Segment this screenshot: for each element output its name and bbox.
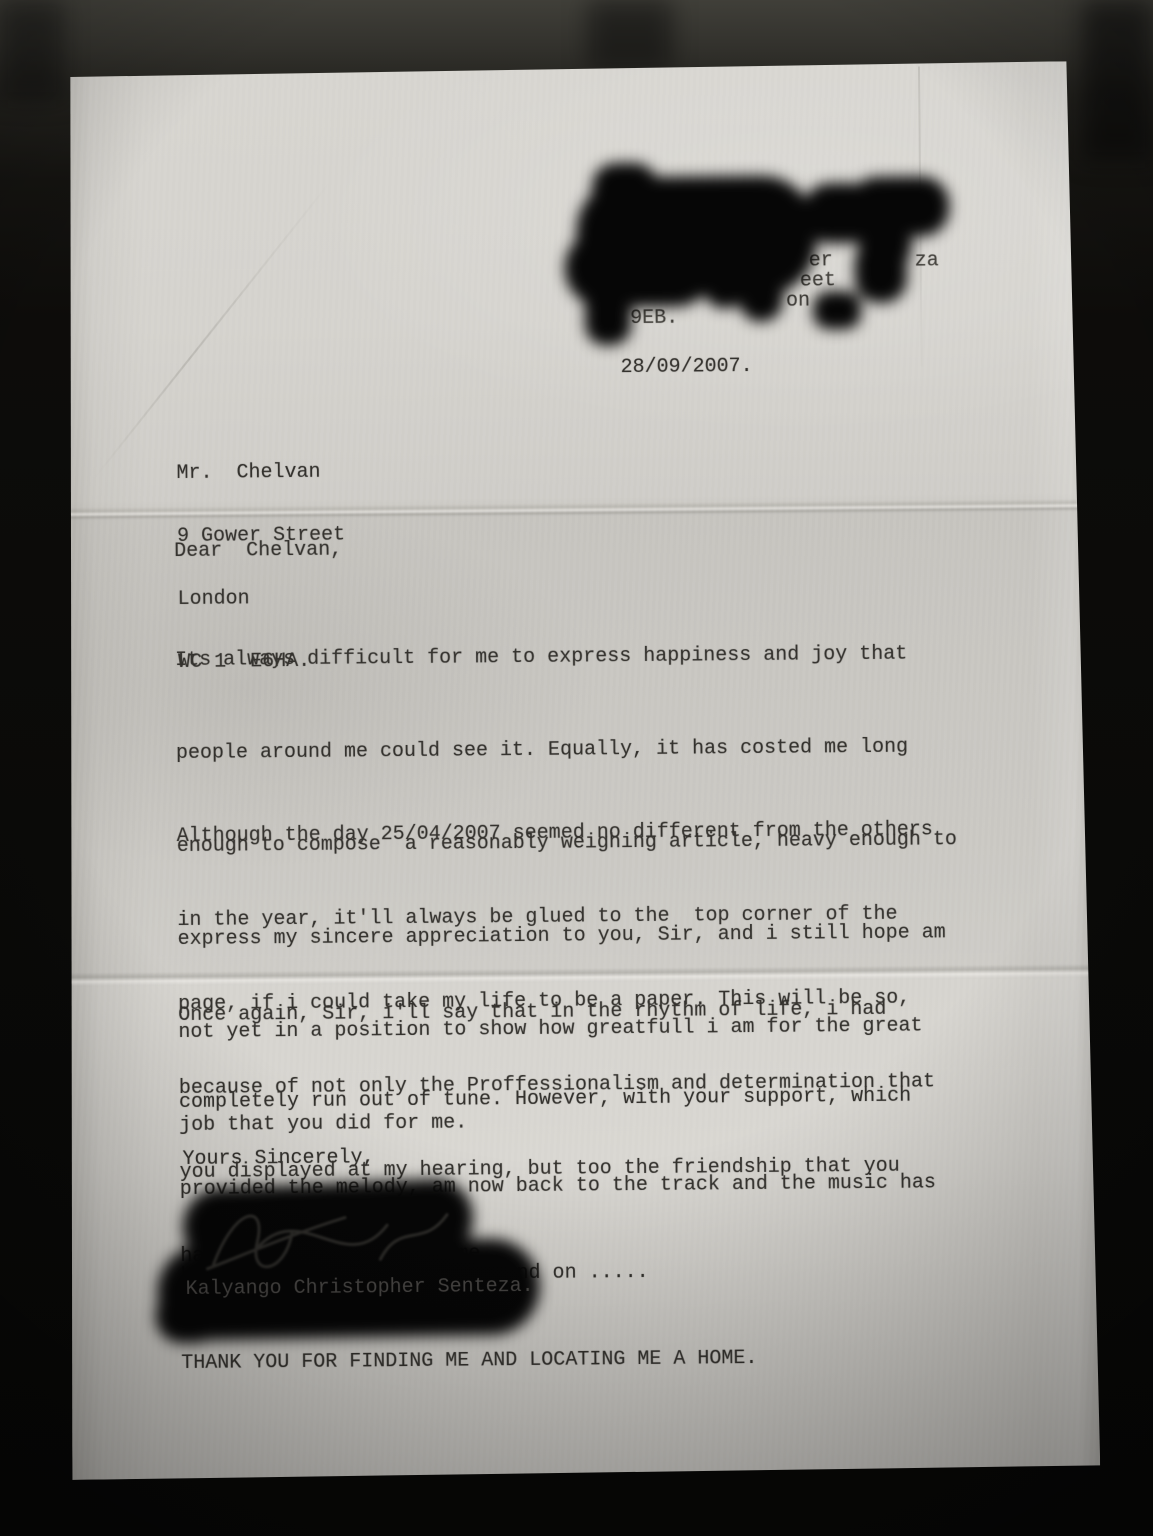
redaction-ink-blob-sender	[564, 160, 961, 363]
background-shadow-streak	[0, 0, 64, 100]
salutation: Dear Chelvan,	[174, 540, 342, 562]
letter-photo: er za eet on 9EB. 28/09/2007. Mr. Chelva…	[0, 0, 1153, 1536]
handwritten-signature	[195, 1186, 486, 1289]
background-shadow-streak	[1082, 0, 1153, 160]
letter-paper: er za eet on 9EB. 28/09/2007. Mr. Chelva…	[60, 61, 1100, 1480]
recipient-line: Mr. Chelvan	[176, 462, 344, 484]
text-line: completely run out of tune. However, wit…	[179, 1081, 935, 1117]
text-line: Although the day 25/04/2007 seemed no di…	[177, 816, 933, 851]
text-line: Its always difficult for me to express h…	[175, 638, 955, 676]
background-shadow-streak	[588, 0, 672, 70]
text-line: Once again, Sir, i'll say that in the rh…	[178, 994, 934, 1030]
text-line: in the year, it'll always be glued to th…	[177, 900, 933, 935]
typed-signature-name: Kalyango Christopher Senteza.	[186, 1276, 534, 1300]
closing-valediction: Yours Sincerely,	[182, 1147, 374, 1170]
